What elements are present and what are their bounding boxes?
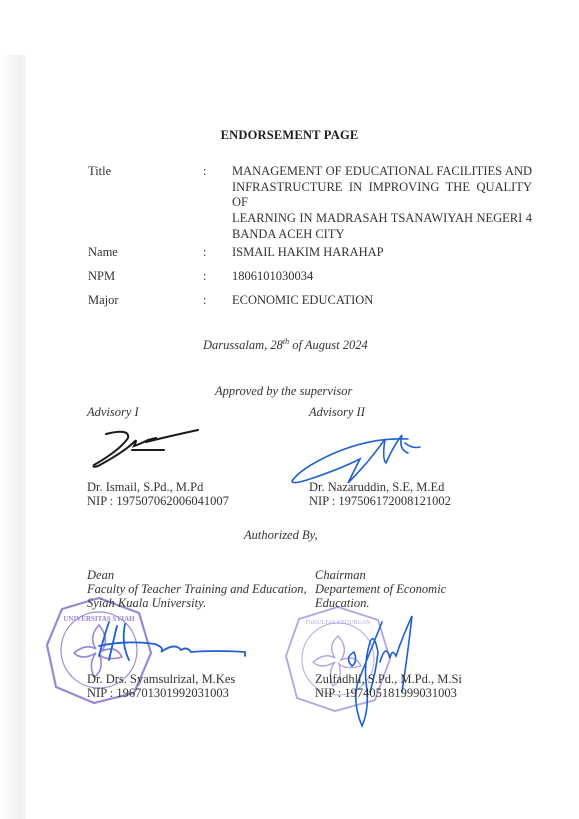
advisor-1-role: Advisory I [87, 405, 139, 420]
dean-role: Dean [87, 568, 114, 583]
field-colon: : [203, 269, 206, 284]
field-label-title: Title [88, 164, 111, 179]
field-value-npm: 1806101030034 [232, 269, 313, 284]
chairman-name: Zulfadhli, S.Pd., M.Pd., M.Si [315, 672, 462, 687]
approved-by-label: Approved by the supervisor [215, 384, 352, 399]
title-line: LEARNING IN MADRASAH TSANAWIYAH NEGERI 4 [232, 211, 532, 227]
advisor-2-nip: NIP : 197506172008121002 [309, 494, 451, 509]
date-rest: of August 2024 [289, 338, 368, 352]
field-colon: : [203, 245, 206, 260]
advisor-2-name: Dr. Nazaruddin, S.E, M.Ed [309, 480, 444, 495]
field-label-name: Name [88, 245, 118, 260]
advisor-1-nip: NIP : 197507062006041007 [87, 494, 229, 509]
field-label-major: Major [88, 293, 119, 308]
dean-signature [95, 620, 245, 668]
chairman-unit-line-2: Education. [315, 596, 370, 611]
authorized-by-label: Authorized By, [244, 528, 318, 543]
chairman-role: Chairman [315, 568, 366, 583]
date-line: Darussalam, 28th of August 2024 [203, 337, 368, 353]
advisor-2-role: Advisory II [309, 405, 365, 420]
field-colon: : [203, 293, 206, 308]
chairman-nip: NIP : 197405181999031003 [315, 686, 457, 701]
field-label-npm: NPM [88, 269, 115, 284]
advisor-1-signature [90, 430, 210, 470]
dean-name: Dr. Drs. Syamsulrizal, M.Kes [87, 672, 235, 687]
field-value-title: MANAGEMENT OF EDUCATIONAL FACILITIES AND… [232, 164, 532, 243]
chairman-unit-line-1: Departement of Economic [315, 582, 446, 597]
title-line: BANDA ACEH CITY [232, 227, 532, 243]
title-line: INFRASTRUCTURE IN IMPROVING THE QUALITY … [232, 180, 532, 211]
title-line: MANAGEMENT OF EDUCATIONAL FACILITIES AND [232, 164, 532, 180]
date-place: Darussalam, 28 [203, 338, 283, 352]
advisor-1-name: Dr. Ismail, S.Pd., M.Pd [87, 480, 203, 495]
dean-unit-line-1: Faculty of Teacher Training and Educatio… [87, 582, 307, 597]
page-title: ENDORSEMENT PAGE [0, 128, 579, 143]
field-colon: : [203, 164, 206, 179]
advisor-2-signature [290, 425, 440, 487]
field-value-major: ECONOMIC EDUCATION [232, 293, 373, 308]
dean-nip: NIP : 196701301992031003 [87, 686, 229, 701]
field-value-name: ISMAIL HAKIM HARAHAP [232, 245, 384, 260]
endorsement-page: ENDORSEMENT PAGE Title : MANAGEMENT OF E… [0, 0, 579, 819]
dean-unit-line-2: Syiah Kuala University. [87, 596, 206, 611]
